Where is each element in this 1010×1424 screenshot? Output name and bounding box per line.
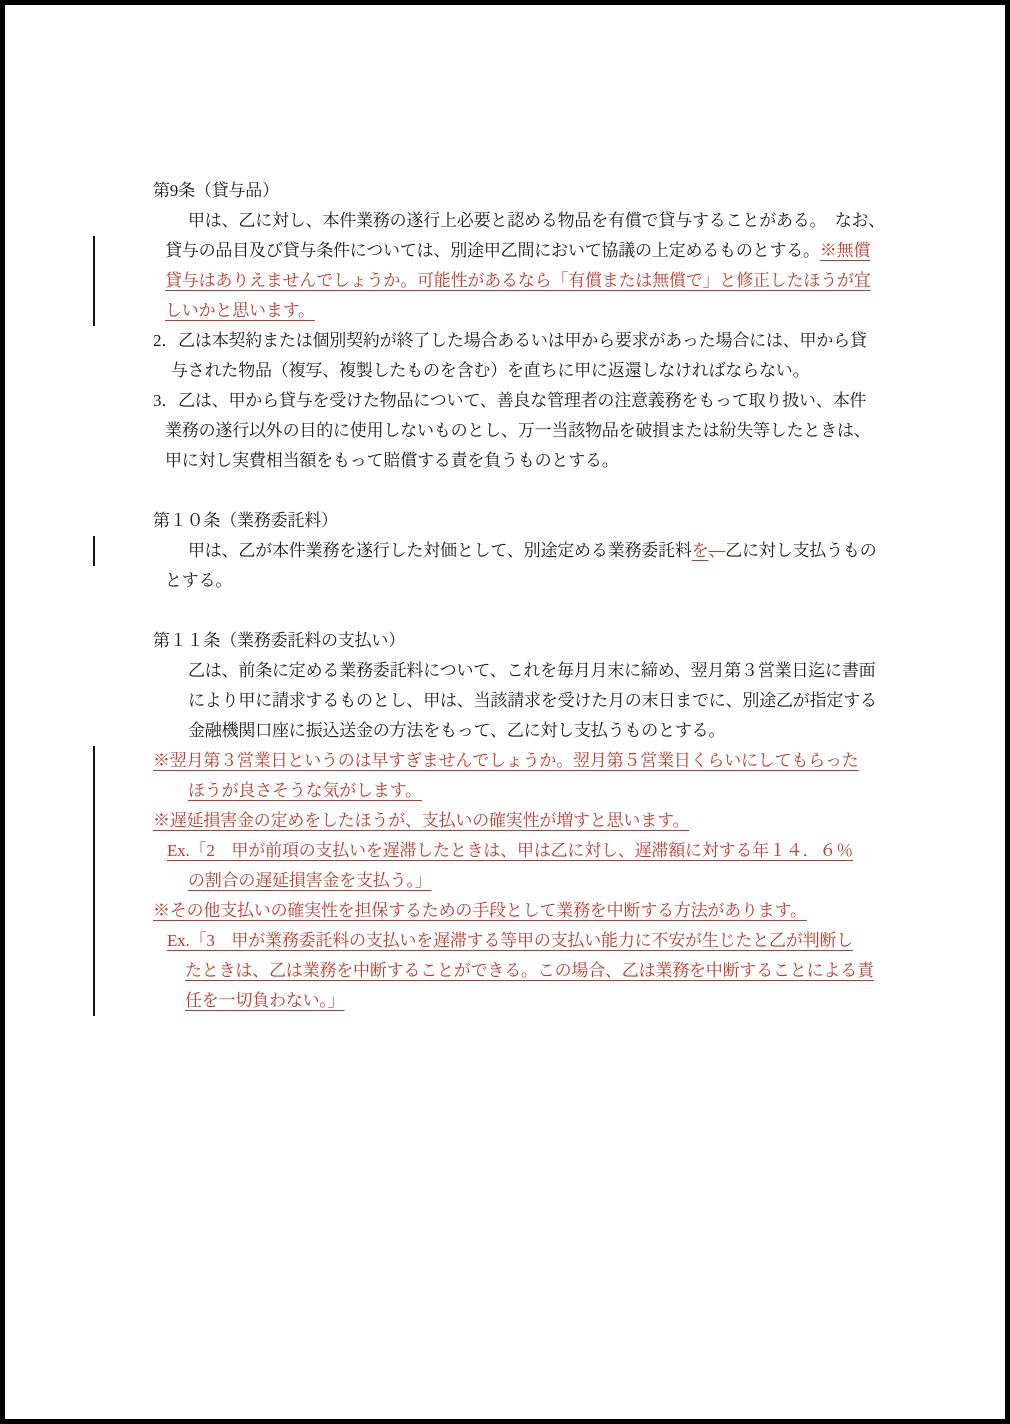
text-segment: 貸与の品目及び貸与条件については、別途甲乙間において協議の上定めるものとする。 [165, 241, 820, 260]
document-line: ※その他支払いの確実性を担保するための手段として業務を中断する方法があります。 [5, 896, 1005, 926]
document-line: とする。 [5, 566, 1005, 596]
text-segment: 乙は、前条に定める業務委託料について、これを毎月月末に締め、翌月第３営業日迄に書… [188, 661, 875, 680]
text-segment: 金融機関口座に振込送金の方法をもって、乙に対し支払うものとする。 [188, 721, 725, 740]
document-line: の割合の遅延損害金を支払う。」 [5, 866, 1005, 896]
document-line: 第9条（貸与品） [5, 176, 1005, 206]
annotation-segment: ※翌月第３営業日というのは早すぎませんでしょうか。翌月第５営業日くらいにしてもら… [153, 751, 859, 770]
text-segment: 業務の遂行以外の目的に使用しないものとし、万一当該物品を破損または紛失等したとき… [165, 421, 871, 440]
text-segment: 第１１条（業務委託料の支払い） [153, 631, 405, 650]
change-bar [93, 956, 95, 986]
annotation-segment: 、 [708, 541, 725, 560]
document-line: 第１０条（業務委託料） [5, 506, 1005, 536]
document-line: 貸与はありえませんでしょうか。可能性があるなら「有償または無償で」と修正したほう… [5, 266, 1005, 296]
change-bar [93, 296, 95, 326]
document-line: 甲は、乙が本件業務を遂行した対価として、別途定める業務委託料を、乙に対し支払うも… [5, 536, 1005, 566]
document-line: 業務の遂行以外の目的に使用しないものとし、万一当該物品を破損または紛失等したとき… [5, 416, 1005, 446]
text-segment: 乙に対し支払うもの [725, 541, 876, 560]
change-bar [93, 896, 95, 926]
annotation-segment: ほうが良さそうな気がします。 [188, 781, 422, 800]
change-bar [93, 836, 95, 866]
annotation-segment: Ex.「3 甲が業務委託料の支払いを遅滞する等甲の支払い能力に不安が生じたと乙が… [167, 931, 853, 950]
text-segment: 2．乙は本契約または個別契約が終了した場合あるいは甲から要求があった場合には、甲… [153, 331, 867, 350]
text-segment: とする。 [165, 571, 232, 590]
annotation-segment: ※無償 [820, 241, 870, 260]
change-bar [93, 536, 95, 566]
document-line: 甲に対し実費相当額をもって賠償する責を負うものとする。 [5, 446, 1005, 476]
document-page: 第9条（貸与品）甲は、乙に対し、本件業務の遂行上必要と認める物品を有償で貸与する… [0, 0, 1010, 1424]
text-segment: 第１０条（業務委託料） [153, 511, 338, 530]
document-line: 金融機関口座に振込送金の方法をもって、乙に対し支払うものとする。 [5, 716, 1005, 746]
text-segment: 与された物品（複写、複製したものを含む）を直ちに甲に返還しなければならない。 [171, 361, 809, 380]
text-segment: により甲に請求するものとし、甲は、当該請求を受けた月の末日までに、別途乙が指定す… [188, 691, 877, 710]
change-bar [93, 776, 95, 806]
annotation-segment: Ex.「2 甲が前項の支払いを遅滞したときは、甲は乙に対し、遅滞額に対する年１４… [167, 841, 853, 860]
text-segment: 甲は、乙に対し、本件業務の遂行上必要と認める物品を有償で貸与することがある。 な… [188, 211, 885, 230]
document-line: Ex.「2 甲が前項の支払いを遅滞したときは、甲は乙に対し、遅滞額に対する年１４… [5, 836, 1005, 866]
document-line: 第１１条（業務委託料の支払い） [5, 626, 1005, 656]
document-line: ※翌月第３営業日というのは早すぎませんでしょうか。翌月第５営業日くらいにしてもら… [5, 746, 1005, 776]
change-bar [93, 746, 95, 776]
document-line: ※遅延損害金の定めをしたほうが、支払いの確実性が増すと思います。 [5, 806, 1005, 836]
document-line: しいかと思います。 [5, 296, 1005, 326]
change-bar [93, 236, 95, 266]
annotation-segment: しいかと思います。 [165, 301, 315, 320]
annotation-segment: 任を一切負わない。」 [185, 991, 345, 1010]
document-line: ほうが良さそうな気がします。 [5, 776, 1005, 806]
change-bar [93, 806, 95, 836]
document-line: 2．乙は本契約または個別契約が終了した場合あるいは甲から要求があった場合には、甲… [5, 326, 1005, 356]
annotation-segment: を [692, 541, 709, 560]
document-line: 乙は、前条に定める業務委託料について、これを毎月月末に締め、翌月第３営業日迄に書… [5, 656, 1005, 686]
text-segment: 甲に対し実費相当額をもって賠償する責を負うものとする。 [165, 451, 619, 470]
document-line: により甲に請求するものとし、甲は、当該請求を受けた月の末日までに、別途乙が指定す… [5, 686, 1005, 716]
change-bar [93, 986, 95, 1016]
change-bar [93, 926, 95, 956]
document-line: 甲は、乙に対し、本件業務の遂行上必要と認める物品を有償で貸与することがある。 な… [5, 206, 1005, 236]
document-line: 貸与の品目及び貸与条件については、別途甲乙間において協議の上定めるものとする。※… [5, 236, 1005, 266]
document-line: 任を一切負わない。」 [5, 986, 1005, 1016]
text-segment: 3．乙は、甲から貸与を受けた物品について、善良な管理者の注意義務をもって取り扱い… [153, 391, 866, 410]
text-segment: 第9条（貸与品） [153, 181, 279, 200]
document-line: 3．乙は、甲から貸与を受けた物品について、善良な管理者の注意義務をもって取り扱い… [5, 386, 1005, 416]
document-line: Ex.「3 甲が業務委託料の支払いを遅滞する等甲の支払い能力に不安が生じたと乙が… [5, 926, 1005, 956]
document-line: たときは、乙は業務を中断することができる。この場合、乙は業務を中断することによる… [5, 956, 1005, 986]
document-line: 与された物品（複写、複製したものを含む）を直ちに甲に返還しなければならない。 [5, 356, 1005, 386]
document-line [5, 476, 1005, 506]
annotation-segment: たときは、乙は業務を中断することができる。この場合、乙は業務を中断することによる… [185, 961, 874, 980]
document-line [5, 596, 1005, 626]
annotation-segment: ※遅延損害金の定めをしたほうが、支払いの確実性が増すと思います。 [153, 811, 689, 830]
document-body: 第9条（貸与品）甲は、乙に対し、本件業務の遂行上必要と認める物品を有償で貸与する… [5, 176, 1005, 1016]
text-segment: 甲は、乙が本件業務を遂行した対価として、別途定める業務委託料 [188, 541, 692, 560]
change-bar [93, 866, 95, 896]
annotation-segment: 貸与はありえませんでしょうか。可能性があるなら「有償または無償で」と修正したほう… [165, 271, 871, 290]
change-bar [93, 266, 95, 296]
annotation-segment: ※その他支払いの確実性を担保するための手段として業務を中断する方法があります。 [153, 901, 807, 920]
annotation-segment: の割合の遅延損害金を支払う。」 [188, 871, 432, 890]
